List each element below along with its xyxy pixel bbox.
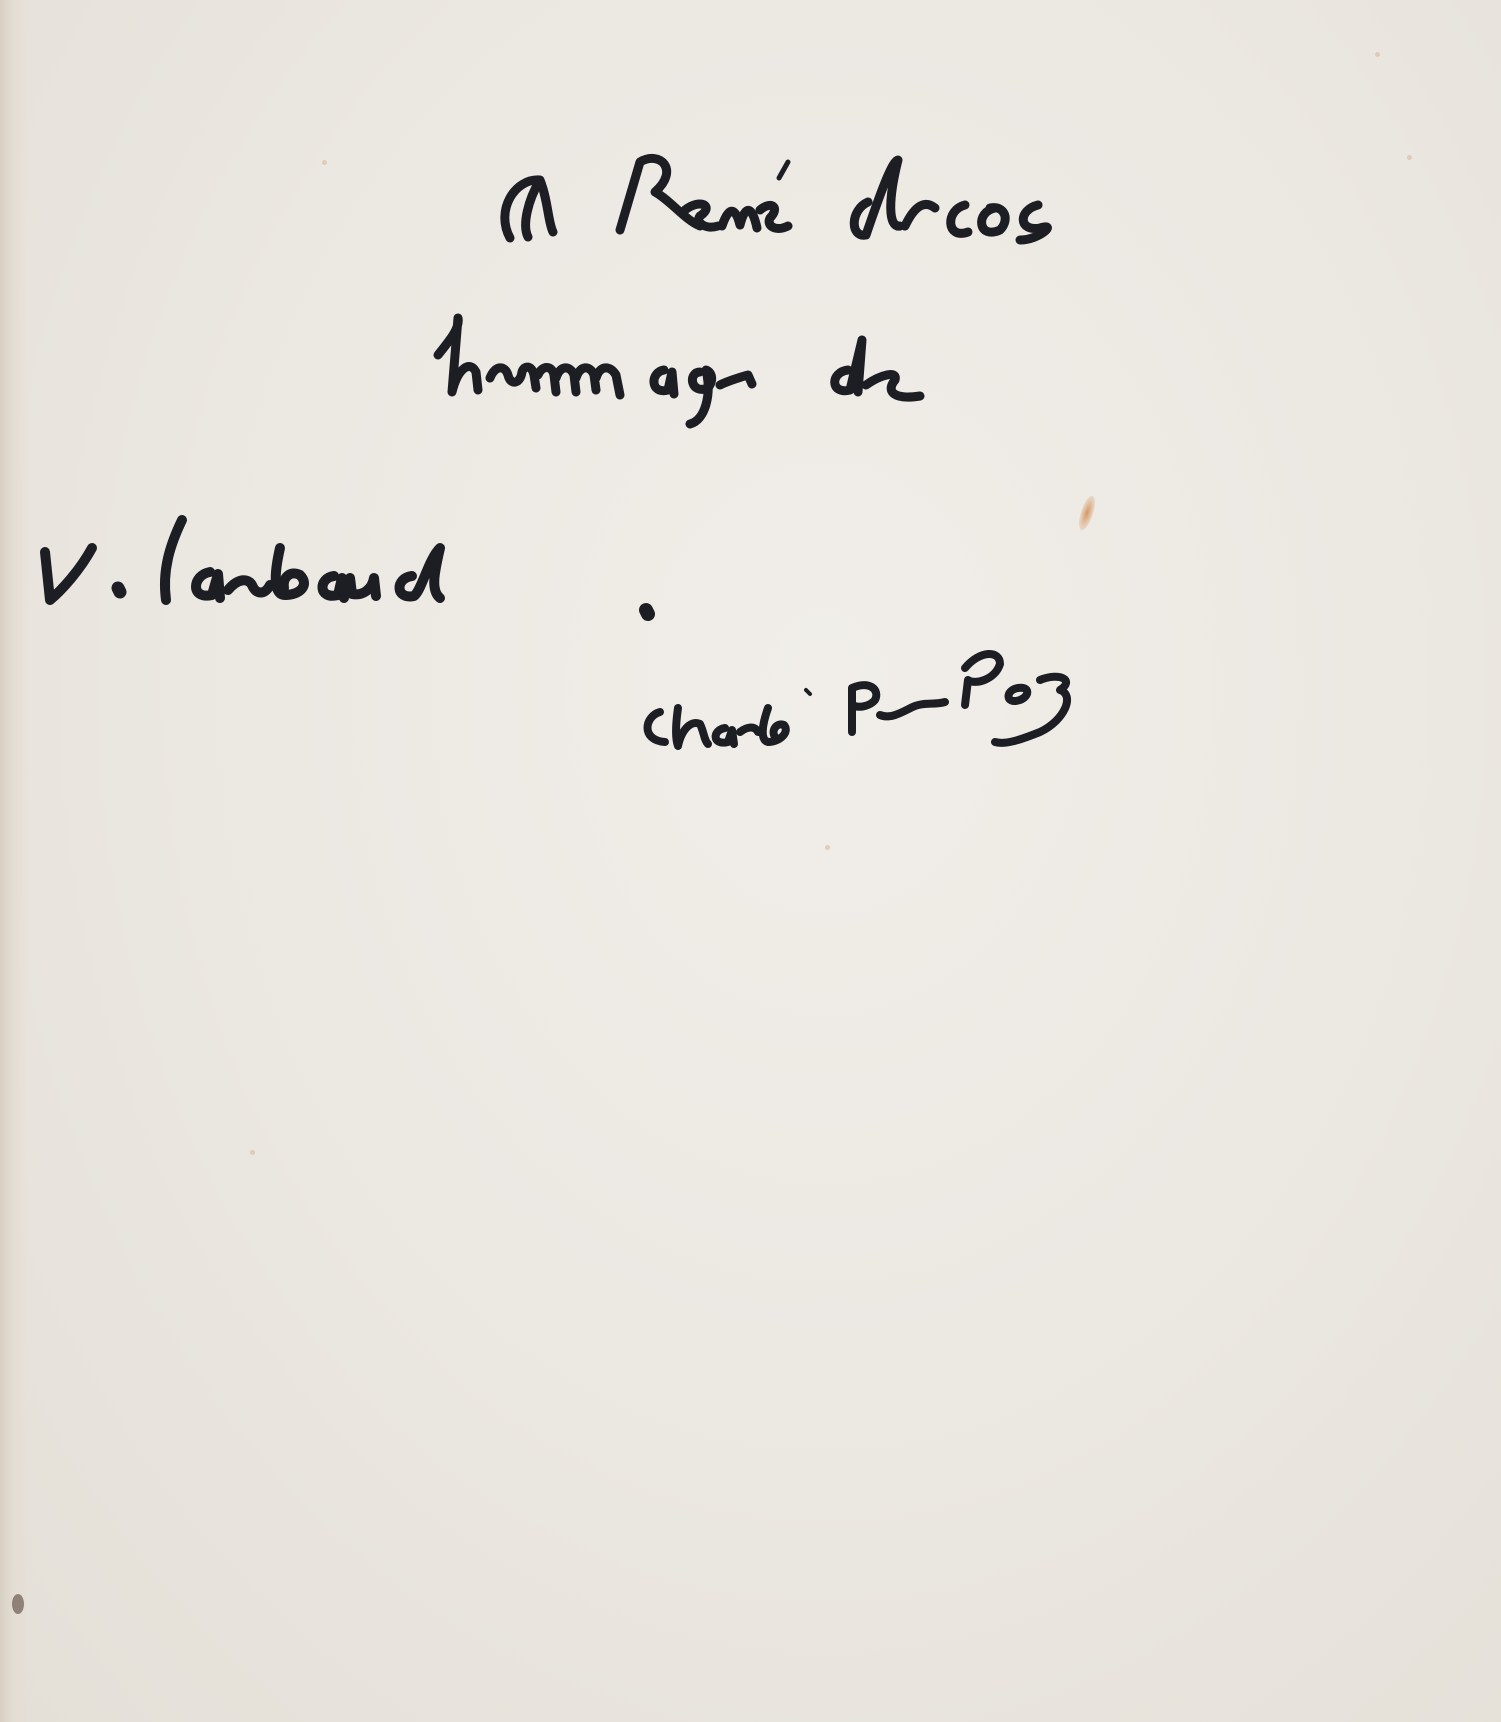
book-page: A René Arcos hommage de V. Larbaud. Char… [0, 0, 1501, 1722]
handwriting-line-3 [45, 520, 648, 614]
handwriting-line-2 [438, 318, 920, 424]
handwriting-strokes [0, 0, 1501, 1722]
handwriting-line-1 [505, 158, 1048, 240]
handwriting-signature [648, 654, 1068, 746]
